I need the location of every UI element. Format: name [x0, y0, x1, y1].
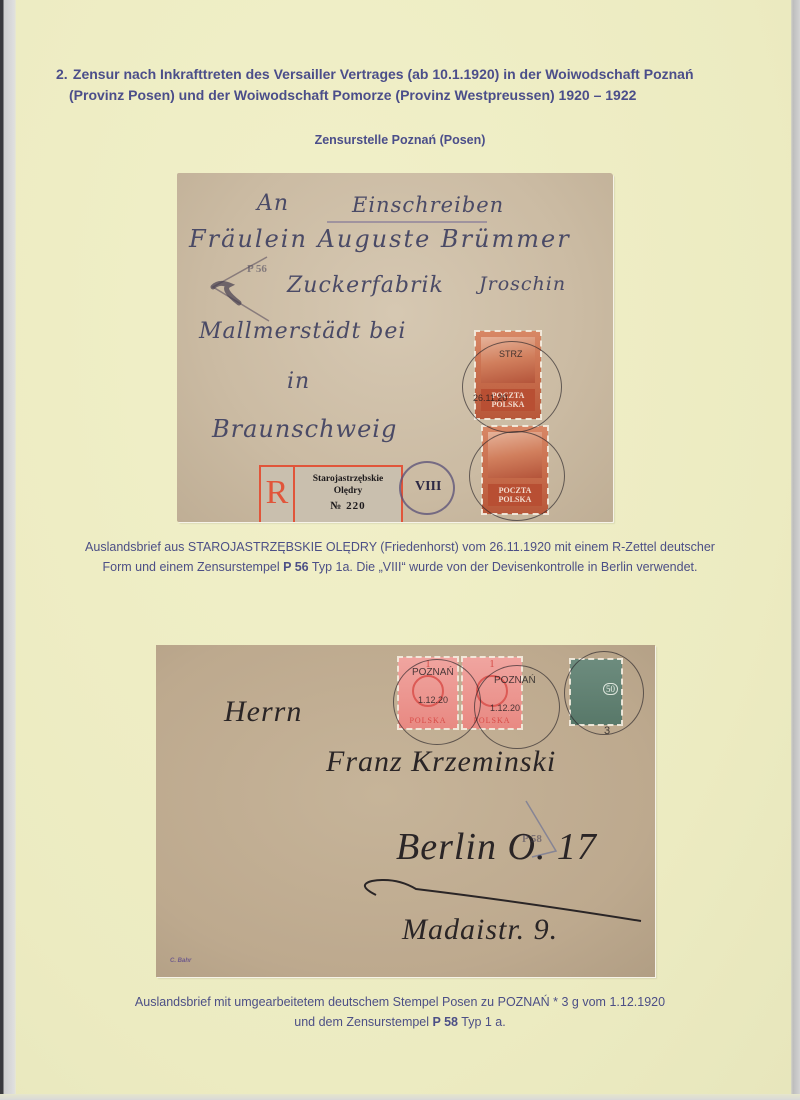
censor-mark-text: P 56: [247, 263, 267, 275]
postmark-text: POZNAŃ: [412, 667, 454, 678]
postmark-suffix: 3: [604, 725, 610, 737]
postmark-date: 26.11.20: [473, 393, 507, 403]
scan-edge-bottom: [0, 1094, 800, 1100]
handwriting-herrn: Herrn: [224, 695, 302, 729]
devisen-control-mark: VIII: [399, 461, 455, 515]
handwriting-street: Madaistr. 9.: [402, 913, 558, 947]
handwriting-in: in: [287, 369, 310, 394]
censor-triangle-mark: [516, 795, 576, 865]
registration-letter: R: [261, 467, 295, 522]
handwriting-street: Zuckerfabrik: [287, 273, 444, 298]
heading-line-2: (Provinz Posen) und der Woiwodschaft Pom…: [56, 85, 736, 106]
registration-text: Starojastrzębskie Olędry № 220: [295, 467, 401, 522]
handwriting-correction: Jroschin: [479, 273, 566, 295]
heading-number: 2.: [56, 64, 69, 85]
postmark-text: STRZ: [499, 349, 523, 359]
cover-1-envelope: An Einschreiben Fräulein Auguste Brümmer…: [177, 173, 613, 522]
cover-1-caption: Auslandsbrief aus STAROJASTRZĘBSKIE OLĘD…: [0, 537, 800, 577]
censor-triangle-mark: [199, 251, 289, 326]
postmark-circle: [564, 651, 644, 735]
postmark-text: POZNAŃ: [494, 675, 536, 686]
page-heading: 2. Zensur nach Inkrafttreten des Versail…: [56, 64, 736, 106]
handwriting-city: Braunschweig: [212, 415, 397, 443]
cover-2-caption: Auslandsbrief mit umgearbeitetem deutsch…: [0, 992, 800, 1032]
censor-mark-text: P 58: [522, 833, 542, 845]
postmark-date: 1.12.20: [490, 703, 520, 713]
ink-stroke: [327, 221, 487, 223]
postmark-date: 1.12.20: [418, 695, 448, 705]
printer-imprint: C. Bahr: [170, 958, 191, 964]
handwriting-addressee: Franz Krzeminski: [326, 745, 556, 779]
handwriting-einschreiben: Einschreiben: [352, 193, 504, 217]
handwriting-addressee: Fräulein Auguste Brümmer: [189, 225, 571, 253]
section-subheading: Zensurstelle Poznań (Posen): [0, 133, 800, 147]
postmark-circle: [469, 431, 565, 521]
cover-2-envelope: Herrn Franz Krzeminski Berlin O. 17 Mada…: [156, 645, 655, 977]
handwriting-an: An: [257, 191, 289, 216]
registration-label: R Starojastrzębskie Olędry № 220: [259, 465, 403, 522]
heading-line-1: Zensur nach Inkrafttreten des Versailler…: [73, 66, 694, 82]
